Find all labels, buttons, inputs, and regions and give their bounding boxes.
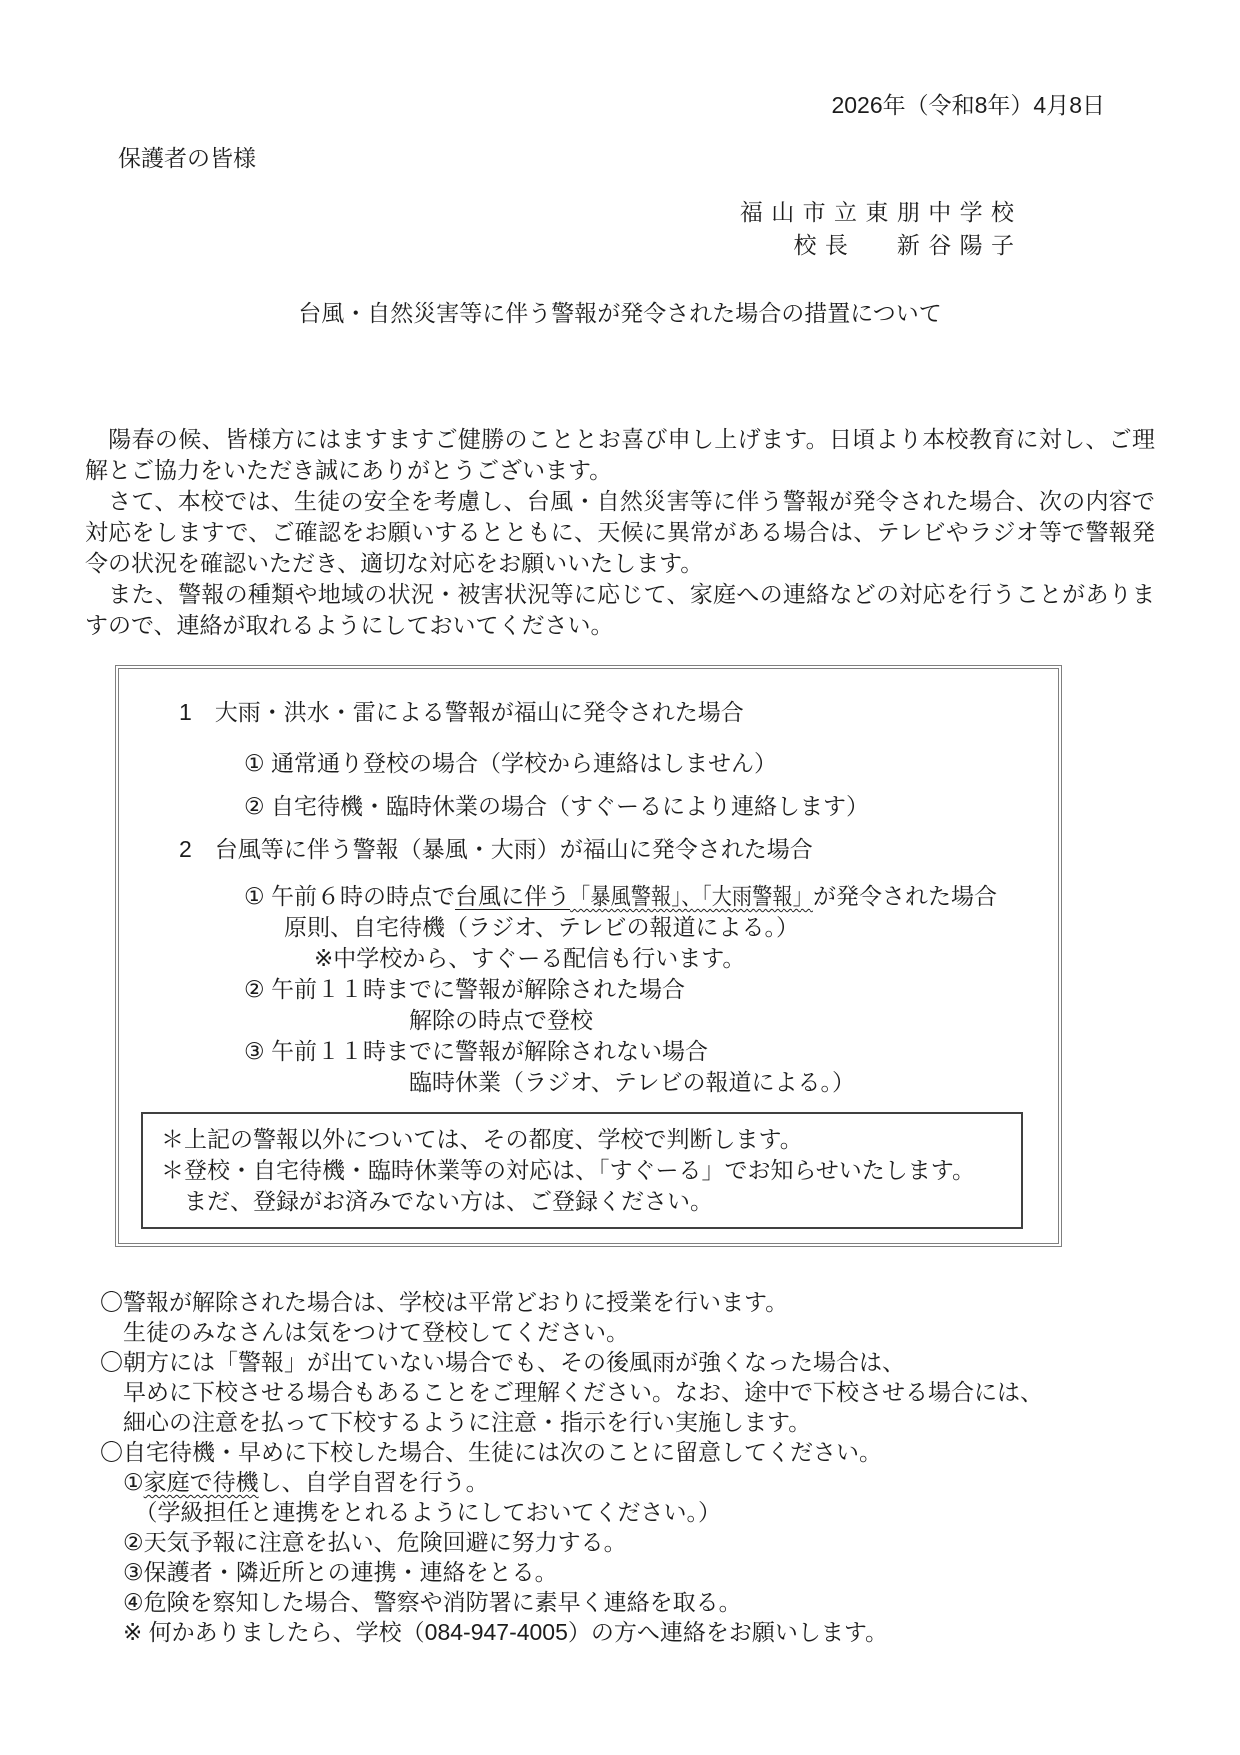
doc-date: 2026年（令和8年）4月8日 <box>85 90 1105 121</box>
school-name: 福 山 市 立 東 朋 中 学 校 <box>85 196 1015 229</box>
note-morning-no-warning-cont-1: 早めに下校させる場合もあることをご理解ください。なお、途中で下校させる場合には、 <box>100 1377 1155 1407</box>
item-1-prefix: ① 午前６時の時点で <box>244 883 455 909</box>
principal-name: 校 長 新 谷 陽 子 <box>85 229 1015 262</box>
notes-section: 〇警報が解除された場合は、学校は平常どおりに授業を行います。 生徒のみなさんは気… <box>100 1287 1155 1647</box>
document-page: 2026年（令和8年）4月8日 保護者の皆様 福 山 市 立 東 朋 中 学 校… <box>0 0 1240 1755</box>
stay-home-underlined: 家庭で待機 <box>144 1469 259 1495</box>
sugooru-note-box: ＊上記の警報以外については、その都度、学校で判断します。 ＊登校・自宅待機・臨時… <box>141 1112 1023 1229</box>
intro-paragraph-2: さて、本校では、生徒の安全を考慮し、台風・自然災害等に伴う警報が発令された場合、… <box>85 486 1155 579</box>
section-2-item-3-detail: 臨時休業（ラジオ、テレビの報道による。） <box>409 1067 1038 1098</box>
note-line-3: まだ、登録がお済みでない方は、ご登録ください。 <box>161 1186 1009 1217</box>
note-stay-home-item-2: ②天気予報に注意を払い、危険回避に努力する。 <box>100 1527 1155 1557</box>
sender-block: 福 山 市 立 東 朋 中 学 校 校 長 新 谷 陽 子 <box>85 196 1015 262</box>
item-1-underlined-solid: 台風に伴う <box>455 883 570 909</box>
note-warning-lifted: 〇警報が解除された場合は、学校は平常どおりに授業を行います。 <box>100 1287 1155 1317</box>
intro-paragraph-1: 陽春の候、皆様方にはますますご健勝のこととお喜び申し上げます。日頃より本校教育に… <box>85 424 1155 486</box>
section-1-heading: 1 大雨・洪水・雷による警報が福山に発令された場合 <box>179 697 1038 728</box>
section-1-item-1: ① 通常通り登校の場合（学校から連絡はしません） <box>244 748 1038 779</box>
note-warning-lifted-cont: 生徒のみなさんは気をつけて登校してください。 <box>100 1317 1155 1347</box>
note-stay-home-item-1-detail: （学級担任と連携をとれるようにしておいてください。） <box>100 1497 1155 1527</box>
doc-title: 台風・自然災害等に伴う警報が発令された場合の措置について <box>85 298 1155 329</box>
item-1-suffix: が発令された場合 <box>813 883 997 909</box>
intro-paragraph-3: また、警報の種類や地域の状況・被害状況等に応じて、家庭への連絡などの対応を行うこ… <box>85 579 1155 641</box>
item-1-underlined-wavy: 「暴風警報」、「大雨警報」 <box>570 881 813 912</box>
warning-measures-box: 1 大雨・洪水・雷による警報が福山に発令された場合 ① 通常通り登校の場合（学校… <box>115 665 1062 1247</box>
section-2-item-1: ① 午前６時の時点で台風に伴う「暴風警報」、「大雨警報」が発令された場合 <box>244 881 1038 912</box>
note-stay-home-heading: 〇自宅待機・早めに下校した場合、生徒には次のことに留意してください。 <box>100 1437 1155 1467</box>
section-2-item-1-detail: 原則、自宅待機（ラジオ、テレビの報道による。） <box>284 912 1038 943</box>
section-1-item-2: ② 自宅待機・臨時休業の場合（すぐーるにより連絡します） <box>244 791 1038 822</box>
section-2-item-1-note: ※中学校から、すぐーる配信も行います。 <box>314 943 1038 974</box>
section-2-item-3: ③ 午前１１時までに警報が解除されない場合 <box>244 1036 1038 1067</box>
note-morning-no-warning-cont-2: 細心の注意を払って下校するように注意・指示を行い実施します。 <box>100 1407 1155 1437</box>
section-2-item-2: ② 午前１１時までに警報が解除された場合 <box>244 974 1038 1005</box>
note-contact-school: ※ 何かありましたら、学校（084-947-4005）の方へ連絡をお願いします。 <box>100 1617 1155 1647</box>
section-2-item-2-detail: 解除の時点で登校 <box>409 1005 1038 1036</box>
note-stay-home-item-4: ④危険を察知した場合、警察や消防署に素早く連絡を取る。 <box>100 1587 1155 1617</box>
note-stay-home-item-3: ③保護者・隣近所との連携・連絡をとる。 <box>100 1557 1155 1587</box>
note-line-1: ＊上記の警報以外については、その都度、学校で判断します。 <box>161 1124 1009 1155</box>
recipient: 保護者の皆様 <box>118 143 1155 174</box>
section-2-heading: 2 台風等に伴う警報（暴風・大雨）が福山に発令された場合 <box>179 834 1038 865</box>
note-stay-home-item-1: ①家庭で待機し、自学自習を行う。 <box>100 1467 1155 1497</box>
note-morning-no-warning: 〇朝方には「警報」が出ていない場合でも、その後風雨が強くなった場合は、 <box>100 1347 1155 1377</box>
note-line-2: ＊登校・自宅待機・臨時休業等の対応は、「すぐーる」でお知らせいたします。 <box>161 1155 1009 1186</box>
stay-home-suffix: し、自学自習を行う。 <box>259 1469 489 1495</box>
stay-home-prefix: ① <box>100 1469 144 1495</box>
